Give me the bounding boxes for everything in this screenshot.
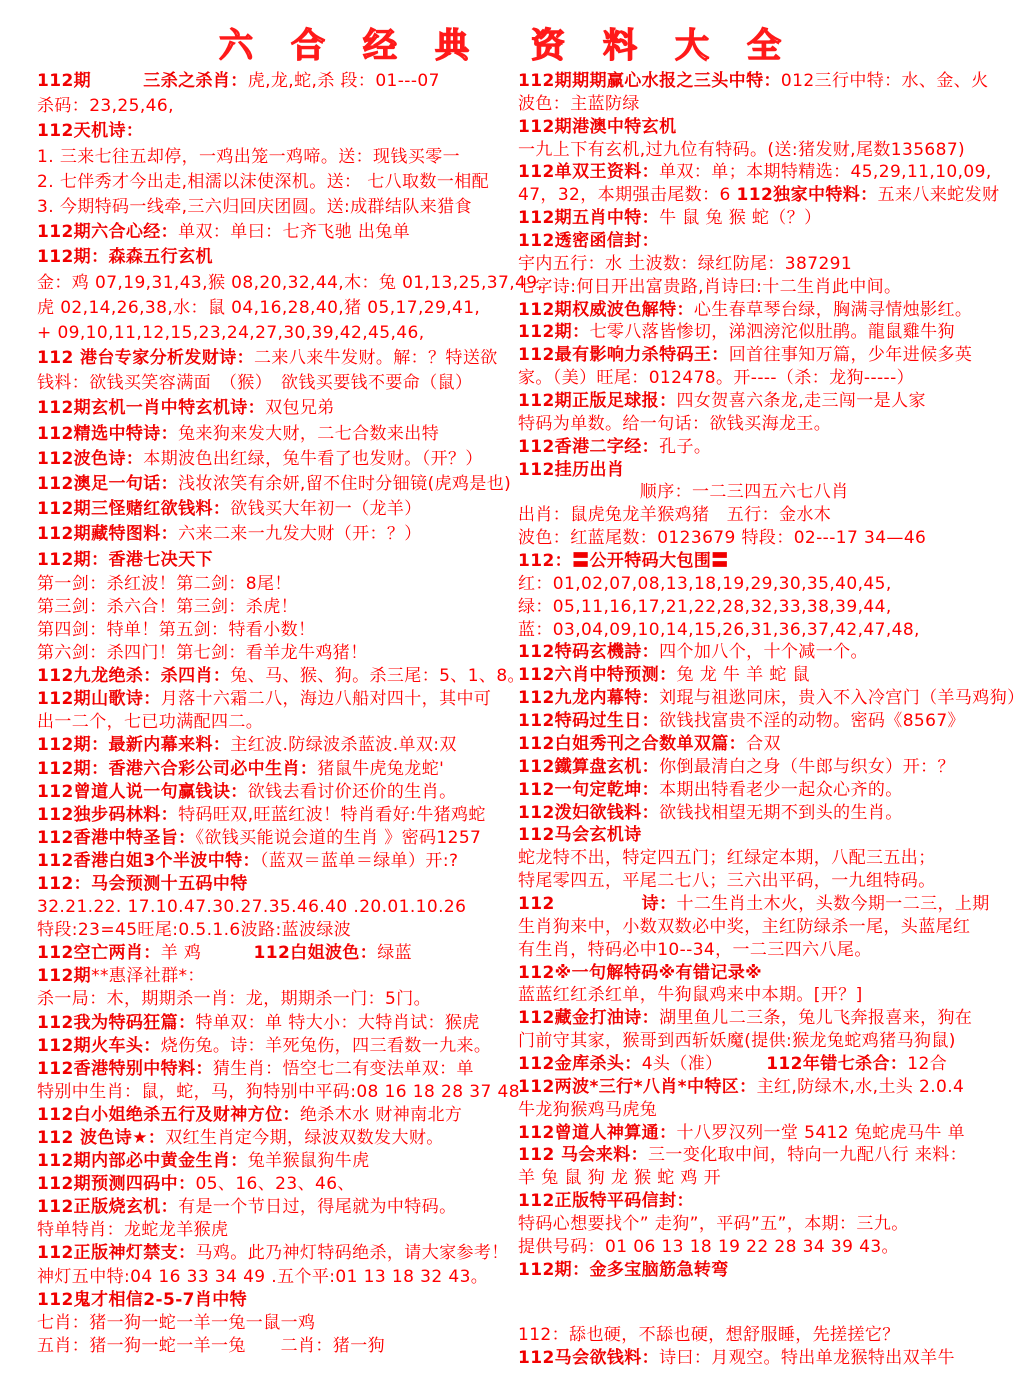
text-line: 112期 三杀之杀肖：虎,龙,蛇,杀 段：01---07 [37, 69, 513, 94]
item-text: 欲钱买大年初一（龙羊） [230, 499, 421, 519]
item-text: 金：鸡 07,19,31,43,猴 08,20,32,44,木：兔 01,13,… [37, 273, 543, 293]
item-heading: 112期火车头： [37, 1036, 161, 1056]
item-text: 家。（美）旺尾：012478。开----（杀：龙狗-----） [518, 368, 914, 388]
text-line: 112天机诗： [37, 119, 513, 144]
text-line: 波色：红蓝尾数：0123679 特段：02---17 34—46 [518, 527, 1013, 550]
text-line: 2. 七伴秀才今出走,相濡以沫使深机。送： 七八取数一相配 [37, 170, 513, 195]
item-heading: 112香港白姐3个半波中特： [37, 851, 260, 871]
item-heading: 112透密函信封： [518, 231, 659, 251]
text-line: 112波色诗：本期波色出红绿，兔牛看了也发财。（开？） [37, 447, 513, 472]
item-heading: 112单双王资料： [518, 162, 659, 182]
text-line: 112期：最新内幕来料：主红波.防绿波杀蓝波.单双:双 [37, 734, 513, 757]
item-heading: 112 马会来料： [518, 1145, 648, 1165]
item-text: 马鸡。此乃神灯特码绝杀，请大家参考！ [196, 1243, 509, 1263]
item-text: 杀码：23,25,46, [37, 96, 174, 116]
item-text: 012三行中特：水、金、火 [781, 71, 989, 91]
text-line: 112金库杀头：4头（准） 112年错七杀合：12合 [518, 1053, 1013, 1076]
text-line: 112期：香港七决天下 [37, 548, 513, 573]
text-line: 杀码：23,25,46, [37, 94, 513, 119]
item-heading: 112正版神灯禁支： [37, 1243, 196, 1263]
text-line: 112澳足一句话：浅妆浓笑有余妍,留不住时分钿镜(虎鸡是也) [37, 472, 513, 497]
text-line: 112期正版足球报：四女贺喜六条龙,走三闯一是人家 [518, 390, 1013, 413]
text-line: 112期：金多宝脑筋急转弯 [518, 1259, 1013, 1282]
item-text: 顺序：一二三四五六七八肖 [518, 482, 849, 502]
item-heading: 112两波*三行*八肖*中特区： [518, 1077, 757, 1097]
text-line: 112期港澳中特玄机 [518, 116, 1013, 139]
item-heading: 112期藏特图料： [37, 524, 178, 544]
item-text: 单双：单曰：七齐飞驰 出兔单 [178, 222, 410, 242]
text-line: 生肖狗来中，小数双数必中奖，主红防绿杀一尾，头蓝尾红 [518, 916, 1013, 939]
item-heading: 112 波色诗★： [37, 1128, 165, 1148]
item-heading: 112期港澳中特玄机 [518, 117, 677, 137]
item-heading: 112空亡两肖： [37, 943, 161, 963]
item-text: 有生肖，特码必中10--34，一二三四六八尾。 [518, 940, 872, 960]
item-text: 特码旺双,旺蓝红波！特肖看好:牛猪鸡蛇 [178, 805, 486, 825]
item-text: 六来二来一九发大财（开：？） [178, 524, 422, 544]
item-heading: 112期内部必中黄金生肖： [37, 1151, 248, 1171]
item-heading: 112香港特别中特料： [37, 1059, 213, 1079]
text-line: 112期：七零八落皆惨切，涕泗滂沱似肚鹃。龍鼠雞牛狗 [518, 321, 1013, 344]
item-heading: 112 诗： [518, 894, 677, 914]
text-line: 112鐵算盘玄机：你倒最清白之身（牛郎与织女）开：？ [518, 756, 1013, 779]
item-heading: 112六肖中特预测： [518, 665, 677, 685]
text-line: 112期玄机一肖中特玄机诗：双包兄弟 [37, 396, 513, 421]
item-text: 神灯五中特:04 16 33 34 49 .五个平:01 13 18 32 43… [37, 1267, 488, 1287]
item-text: 特别中生肖：鼠，蛇，马，狗特别中平码:08 16 18 28 37 48 [37, 1082, 520, 1102]
text-line: 蛇龙特不出，特定四五门；红绿定本期，八配三五出； [518, 847, 1013, 870]
item-heading: 112一句定乾坤： [518, 780, 659, 800]
item-text: 五肖：猪一狗一蛇一羊一兔 二肖：猪一狗 [37, 1336, 385, 1356]
text-line: 特别中生肖：鼠，蛇，马，狗特别中平码:08 16 18 28 37 48 [37, 1081, 513, 1104]
item-text: 兔来狗来发大财，二七合数来出特 [178, 424, 439, 444]
text-line: 出肖：鼠虎兔龙羊猴鸡猪 五行：金水木 [518, 504, 1013, 527]
text-line: 112马会玄机诗 [518, 824, 1013, 847]
text-line: 112一句定乾坤：本期出特看老少一起众心齐的。 [518, 779, 1013, 802]
text-line: 112期期期赢心水报之三头中特：012三行中特：水、金、火 [518, 70, 1013, 93]
text-line: 112香港白姐3个半波中特：（蓝双＝蓝单＝绿单）开:? [37, 850, 513, 873]
text-line: 3. 今期特码一线牵,三六归回庆团圆。送:成群结队来猎食 [37, 195, 513, 220]
text-line: 112正版神灯禁支：马鸡。此乃神灯特码绝杀，请大家参考！ [37, 1242, 513, 1265]
text-line: 112最有影响力杀特码王：回首往事知万篇，少年进候多英 [518, 344, 1013, 367]
text-line: 特单特肖：龙蛇龙羊猴虎 [37, 1219, 513, 1242]
item-text: 提供号码：01 06 13 18 19 22 28 34 39 43。 [518, 1237, 899, 1257]
item-text: 蛇龙特不出，特定四五门；红绿定本期，八配三五出； [518, 848, 936, 868]
item-text: 112：舔也硬，不舔也硬，想舒服睡，先搓搓它？ [518, 1325, 900, 1345]
item-text: 特段:23=45旺尾:0.5.1.6波路:蓝波绿波 [37, 920, 351, 940]
item-text: 单双：单；本期特精选：45,29,11,10,09, [659, 162, 992, 182]
item-heading: 112白姐秀刊之合数单双篇： [518, 734, 746, 754]
text-line: 五肖：猪一狗一蛇一羊一兔 二肖：猪一狗 [37, 1335, 513, 1358]
text-line: 第三剑：杀六合！第三剑：杀虎！ [37, 596, 513, 619]
item-text: 三一变化取中间，特向一九配八行 来料： [648, 1145, 967, 1165]
text-line: 112马会欲钱料：诗曰：月观空。特出单龙猴特出双羊牛 [518, 1347, 1013, 1371]
text-line: 绿：05,11,16,17,21,22,28,32,33,38,39,44, [518, 596, 1013, 619]
item-text: 本期出特看老少一起众心齐的。 [659, 780, 903, 800]
item-heading: 112期预测四码中： [37, 1174, 196, 1194]
item-heading: 112九龙绝杀：杀四肖： [37, 666, 230, 686]
item-heading: 112藏金打油诗： [518, 1008, 659, 1028]
item-text: 第四剑：特单！第五剑：特看小数！ [37, 620, 315, 640]
item-text: 欲钱找相望无期不到头的生肖。 [659, 803, 903, 823]
item-text: 欲钱找富贵不淫的动物。密码《8567》 [659, 711, 965, 731]
item-text: + 09,10,11,12,15,23,24,27,30,39,42,45,46… [37, 323, 425, 343]
item-text: 蓝：03,04,09,10,14,15,26,31,36,37,42,47,48… [518, 620, 920, 640]
text-line: 112期内部必中黄金生肖：兔羊猴鼠狗牛虎 [37, 1150, 513, 1173]
item-heading: 112香港二字经： [518, 437, 659, 457]
item-heading: 112期五肖中特： [518, 208, 659, 228]
item-heading: 112期权威波色解特： [518, 300, 694, 320]
text-line: 112藏金打油诗：湖里鱼儿二三条，兔儿飞奔报喜来，狗在 [518, 1007, 1013, 1030]
item-heading: 112正版烧玄机： [37, 1197, 178, 1217]
item-text: 4头（准） [642, 1054, 767, 1074]
item-text: 牛 鼠 兔 猴 蛇（？） [659, 208, 821, 228]
title-part-2: 资料大全 [531, 26, 819, 66]
item-text: 主红波.防绿波杀蓝波.单双:双 [230, 735, 457, 755]
text-line: 家。（美）旺尾：012478。开----（杀：龙狗-----） [518, 367, 1013, 390]
item-text: 你倒最清白之身（牛郎与织女）开：？ [659, 757, 955, 777]
text-line: 112期六合心经：单双：单曰：七齐飞驰 出兔单 [37, 220, 513, 245]
right-column: 112期期期赢心水报之三头中特：012三行中特：水、金、火波色：主蓝防绿112期… [518, 70, 1013, 1371]
text-line: 112香港中特圣旨：《欲钱买能说会道的生肖 》密码1257 [37, 827, 513, 850]
text-line: 112挂历出肖 [518, 459, 1013, 482]
item-heading: 112年错七杀合： [766, 1054, 907, 1074]
text-line: 32.21.22. 17.10.47.30.27.35.46.40 .20.01… [37, 896, 513, 919]
text-line: 七肖：猪一狗一蛇一羊一兔一鼠一鸡 [37, 1312, 513, 1335]
text-line: 钱料：欲钱买笑容满面 （猴） 欲钱买要钱不要命（鼠） [37, 371, 513, 396]
item-heading: 112九龙内幕特： [518, 688, 659, 708]
text-line: 神灯五中特:04 16 33 34 49 .五个平:01 13 18 32 43… [37, 1266, 513, 1289]
text-line: 112期预测四码中：05、16、23、46、 [37, 1173, 513, 1196]
item-text: 兔、马、猴、狗。杀三尾：5、1、8。 [230, 666, 525, 686]
item-heading: 112马会欲钱料： [518, 1348, 659, 1368]
item-heading: 112最有影响力杀特码王： [518, 345, 729, 365]
item-text: 有是一个节日过，得尾就为中特码。 [178, 1197, 456, 1217]
item-text: 月落十六霜二八，海边八船对四十，其中可 [161, 689, 492, 709]
item-text: 猪鼠牛虎兔龙蛇' [317, 759, 444, 779]
text-line: 杀一局：木，期期杀一肖：龙，期期杀一门：5门。 [37, 988, 513, 1011]
text-line: 虎 02,14,26,38,水：鼠 04,16,28,40,猪 05,17,29… [37, 296, 513, 321]
text-line: 第四剑：特单！第五剑：特看小数！ [37, 619, 513, 642]
item-text: 32.21.22. 17.10.47.30.27.35.46.40 .20.01… [37, 897, 466, 917]
item-heading: 112期 [37, 71, 143, 91]
text-line: 特码心想要找个” 走狗”，平码”五”，本期：三九。 [518, 1213, 1013, 1236]
text-line: 宇内五行：水 土波数：绿红防尾：387291 [518, 253, 1013, 276]
item-heading: 112鐵算盘玄机： [518, 757, 659, 777]
item-text: 烧伤兔。诗：羊死兔伤，四三看数一九来。 [161, 1036, 492, 1056]
title-part-1: 六合经典 [219, 26, 507, 66]
text-line: 112两波*三行*八肖*中特区：主红,防绿木,水,土头 2.0.4 [518, 1076, 1013, 1099]
item-heading: 112：〓公开特码大包围〓 [518, 551, 729, 571]
item-text: 波色：主蓝防绿 [518, 94, 640, 114]
item-text: 出肖：鼠虎兔龙羊猴鸡猪 五行：金水木 [518, 505, 831, 525]
text-line: 112期**惠泽社群*： [37, 965, 513, 988]
item-text: 特单双：单 特大小：大特肖试：猴虎 [196, 1013, 480, 1033]
item-heading: 112马会玄机诗 [518, 825, 642, 845]
item-text: 诗曰：月观空。特出单龙猴特出双羊牛 [659, 1348, 955, 1368]
text-line: 112期藏特图料：六来二来一九发大财（开：？） [37, 522, 513, 547]
text-line: 112我为特码狂篇：特单双：单 特大小：大特肖试：猴虎 [37, 1012, 513, 1035]
item-text: 3. 今期特码一线牵,三六归回庆团圆。送:成群结队来猎食 [37, 197, 472, 217]
item-text: 七字诗:何日开出富贵路,肖诗曰:十二生肖此中间。 [518, 277, 901, 297]
item-heading: 112正版特平码信封： [518, 1191, 694, 1211]
item-text: 蓝蓝红红杀红单，牛狗鼠鸡来中本期。[开？] [518, 985, 863, 1005]
item-text: 虎 02,14,26,38,水：鼠 04,16,28,40,猪 05,17,29… [37, 298, 480, 318]
text-line: 顺序：一二三四五六七八肖 [518, 481, 1013, 504]
item-heading: 112：马会预测十五码中特 [37, 874, 248, 894]
text-line: 112白小姐绝杀五行及财神方位：绝杀木水 财神南北方 [37, 1104, 513, 1127]
item-text: 2. 七伴秀才今出走,相濡以沫使深机。送： 七八取数一相配 [37, 172, 489, 192]
text-line: 112特码玄機詩：四个加八个，十个减一个。 [518, 641, 1013, 664]
item-heading: 112期玄机一肖中特玄机诗： [37, 398, 265, 418]
item-heading: 112期：香港七决天下 [37, 550, 213, 570]
text-line: 112香港特别中特料：猜生肖：悟空七二有变法单双：单 [37, 1058, 513, 1081]
text-line: 112曾道人神算通：十八罗汉列一堂 5412 兔蛇虎马牛 单 [518, 1122, 1013, 1145]
item-heading: 112期： [518, 322, 590, 342]
item-heading: 112※一句解特码※有错记录※ [518, 963, 762, 983]
text-line: 112曾道人说一句赢钱诀：欲钱去看讨价还价的生肖。 [37, 781, 513, 804]
item-text: 门前守其家，猴哥到西斩妖魔(提供:猴龙兔蛇鸡猪马狗鼠) [518, 1031, 956, 1051]
right-column-section: 112：舔也硬，不舔也硬，想舒服睡，先搓搓它？112马会欲钱料：诗曰：月观空。特… [518, 1324, 1013, 1371]
item-heading: 112金库杀头： [518, 1054, 642, 1074]
text-line: 出一二个，七已功满配四二。 [37, 711, 513, 734]
item-heading: 112香港中特圣旨： [37, 828, 196, 848]
left-column: 112期 三杀之杀肖：虎,龙,蛇,杀 段：01---07杀码：23,25,46,… [37, 69, 513, 1358]
item-text: 合双 [746, 734, 781, 754]
left-column-section: 112期 三杀之杀肖：虎,龙,蛇,杀 段：01---07杀码：23,25,46,… [37, 69, 513, 573]
item-heading: 112期：金多宝脑筋急转弯 [518, 1260, 729, 1280]
text-line: 112九龙内幕特：刘琨与祖逖同床，贵入不入冷宫门（羊马鸡狗） [518, 687, 1013, 710]
text-line: 牛龙狗猴鸡马虎兔 [518, 1099, 1013, 1122]
text-line: 112期权威波色解特：心生春草琴台绿，胸满寻情烛影红。 [518, 299, 1013, 322]
item-text: 特码为单数。给一句话：欲钱买海龙王。 [518, 414, 831, 434]
item-heading: 112波色诗： [37, 449, 143, 469]
right-column-section: 112期期期赢心水报之三头中特：012三行中特：水、金、火波色：主蓝防绿112期… [518, 70, 1013, 1282]
item-text: 红：01,02,07,08,13,18,19,29,30,35,40,45, [518, 574, 892, 594]
item-heading: 112挂历出肖 [518, 460, 624, 480]
text-line: 112期五肖中特：牛 鼠 兔 猴 蛇（？） [518, 207, 1013, 230]
item-text: 杀一局：木，期期杀一肖：龙，期期杀一门：5门。 [37, 989, 431, 1009]
text-line: 波色：主蓝防绿 [518, 93, 1013, 116]
text-line: 112六肖中特预测：兔 龙 牛 羊 蛇 鼠 [518, 664, 1013, 687]
text-line: 蓝：03,04,09,10,14,15,26,31,36,37,42,47,48… [518, 619, 1013, 642]
item-heading: 112期六合心经： [37, 222, 178, 242]
item-heading: 112特码过生日： [518, 711, 659, 731]
item-heading: 112精选中特诗： [37, 424, 178, 444]
item-heading: 112澳足一句话： [37, 474, 178, 494]
text-line: 112※一句解特码※有错记录※ [518, 962, 1013, 985]
item-text: 第三剑：杀六合！第三剑：杀虎！ [37, 597, 298, 617]
text-line: 112期三怪赌红欲钱料：欲钱买大年初一（龙羊） [37, 497, 513, 522]
item-text: 双包兄弟 [265, 398, 335, 418]
text-line: 112九龙绝杀：杀四肖：兔、马、猴、狗。杀三尾：5、1、8。 [37, 665, 513, 688]
text-line: 特尾零四五，平尾二七八；三六出平码，一九组特码。 [518, 870, 1013, 893]
item-text: 12合 [907, 1054, 947, 1074]
text-line: 112 波色诗★：双红生肖定今期，绿波双数发大财。 [37, 1127, 513, 1150]
text-line: 1. 三来七往五却停，一鸡出笼一鸡啼。送：现钱买零一 [37, 145, 513, 170]
text-line: 112正版特平码信封： [518, 1190, 1013, 1213]
text-line: 112 马会来料：三一变化取中间，特向一九配八行 来料： [518, 1144, 1013, 1167]
item-heading: 112特码玄機詩： [518, 642, 659, 662]
text-line: 112 港台专家分析发财诗：二来八来牛发财。解：？特送欲 [37, 346, 513, 371]
item-heading: 112泼妇欲钱料： [518, 803, 659, 823]
item-text: 钱料：欲钱买笑容满面 （猴） 欲钱买要钱不要命（鼠） [37, 373, 472, 393]
item-heading: 112 港台专家分析发财诗： [37, 348, 254, 368]
item-heading: 三杀之杀肖： [143, 71, 247, 91]
text-line: 112：舔也硬，不舔也硬，想舒服睡，先搓搓它？ [518, 1324, 1013, 1348]
text-line: 金：鸡 07,19,31,43,猴 08,20,32,44,木：兔 01,13,… [37, 271, 513, 296]
text-line: 红：01,02,07,08,13,18,19,29,30,35,40,45, [518, 573, 1013, 596]
text-line: 112香港二字经：孔子。 [518, 436, 1013, 459]
text-line: 112独步码林料：特码旺双,旺蓝红波！特肖看好:牛猪鸡蛇 [37, 804, 513, 827]
item-text: 孔子。 [659, 437, 711, 457]
item-text: 第六剑：杀四门！第七剑：看羊龙牛鸡猪！ [37, 643, 368, 663]
text-line: 112泼妇欲钱料：欲钱找相望无期不到头的生肖。 [518, 802, 1013, 825]
text-line: 门前守其家，猴哥到西斩妖魔(提供:猴龙兔蛇鸡猪马狗鼠) [518, 1030, 1013, 1053]
item-text: 羊 鸡 [161, 943, 254, 963]
item-text: 宇内五行：水 土波数：绿红防尾：387291 [518, 254, 852, 274]
item-text: 绿：05,11,16,17,21,22,28,32,33,38,39,44, [518, 597, 892, 617]
text-line: 羊 兔 鼠 狗 龙 猴 蛇 鸡 开 [518, 1167, 1013, 1190]
item-heading: 112白姐波色： [254, 943, 378, 963]
text-line: 112：马会预测十五码中特 [37, 873, 513, 896]
text-line: 七字诗:何日开出富贵路,肖诗曰:十二生肖此中间。 [518, 276, 1013, 299]
item-text: 湖里鱼儿二三条，兔儿飞奔报喜来，狗在 [659, 1008, 972, 1028]
item-text: 生肖狗来中，小数双数必中奖，主红防绿杀一尾，头蓝尾红 [518, 917, 970, 937]
item-heading: 112曾道人神算通： [518, 1123, 677, 1143]
text-line: 第一剑：杀红波！第二剑：8尾！ [37, 573, 513, 596]
text-line: 有生肖，特码必中10--34，一二三四六八尾。 [518, 939, 1013, 962]
item-text: 心生春草琴台绿，胸满寻情烛影红。 [694, 300, 972, 320]
item-text: 特单特肖：龙蛇龙羊猴虎 [37, 1220, 228, 1240]
item-text: 兔羊猴鼠狗牛虎 [248, 1151, 370, 1171]
text-line: 第六剑：杀四门！第七剑：看羊龙牛鸡猪！ [37, 642, 513, 665]
page-title: 六合经典 资料大全 [0, 26, 1020, 70]
item-text: 十二生肖土木火，头数今期一二三，上期 [677, 894, 990, 914]
item-text: 一九上下有玄机,过九位有特码。(送:猪发财,尾数135687) [518, 140, 965, 160]
text-line: 提供号码：01 06 13 18 19 22 28 34 39 43。 [518, 1236, 1013, 1259]
item-heading: 112期：最新内幕来料： [37, 735, 230, 755]
item-text: （蓝双＝蓝单＝绿单）开:? [260, 851, 458, 871]
item-text: 特尾零四五，平尾二七八；三六出平码，一九组特码。 [518, 871, 936, 891]
text-line: 112鬼才相信2-5-7肖中特 [37, 1289, 513, 1312]
text-line: 蓝蓝红红杀红单，牛狗鼠鸡来中本期。[开？] [518, 984, 1013, 1007]
item-text: **惠泽社群*： [91, 966, 205, 986]
item-text: 二来八来牛发财。解：？特送欲 [254, 348, 498, 368]
item-text: 回首往事知万篇，少年进候多英 [729, 345, 973, 365]
item-text: 05、16、23、46、 [196, 1174, 355, 1194]
text-line: 47，32，本期强击尾数：6 112独家中特料：五来八来蛇发财 [518, 184, 1013, 207]
item-heading: 112期正版足球报： [518, 391, 677, 411]
left-column-section: 第一剑：杀红波！第二剑：8尾！第三剑：杀六合！第三剑：杀虎！第四剑：特单！第五剑… [37, 573, 513, 1358]
item-text: 羊 兔 鼠 狗 龙 猴 蛇 鸡 开 [518, 1168, 721, 1188]
text-line: 112 诗：十二生肖土木火，头数今期一二三，上期 [518, 893, 1013, 916]
item-heading: 112期：香港六合彩公司必中生肖： [37, 759, 317, 779]
item-text: 七肖：猪一狗一蛇一羊一兔一鼠一鸡 [37, 1313, 315, 1333]
text-line: 112期：香港六合彩公司必中生肖：猪鼠牛虎兔龙蛇' [37, 758, 513, 781]
item-text: 欲钱去看讨价还价的生肖。 [248, 782, 457, 802]
item-text: 浅妆浓笑有余妍,留不住时分钿镜(虎鸡是也) [178, 474, 511, 494]
item-text: 出一二个，七已功满配四二。 [37, 712, 263, 732]
item-heading: 112鬼才相信2-5-7肖中特 [37, 1290, 247, 1310]
item-heading: 112曾道人说一句赢钱诀： [37, 782, 248, 802]
item-text: 虎,龙,蛇,杀 段：01---07 [248, 71, 440, 91]
text-line: 112透密函信封： [518, 230, 1013, 253]
text-line: 112白姐秀刊之合数单双篇：合双 [518, 733, 1013, 756]
item-text: 七零八落皆惨切，涕泗滂沱似肚鹃。龍鼠雞牛狗 [590, 322, 955, 342]
item-text: 绝杀木水 财神南北方 [300, 1105, 462, 1125]
item-text: 47，32，本期强击尾数：6 [518, 185, 736, 205]
text-line: 112期火车头：烧伤兔。诗：羊死兔伤，四三看数一九来。 [37, 1035, 513, 1058]
text-line: 一九上下有玄机,过九位有特码。(送:猪发财,尾数135687) [518, 139, 1013, 162]
item-text: 四女贺喜六条龙,走三闯一是人家 [677, 391, 926, 411]
item-text: 《欲钱买能说会道的生肖 》密码1257 [196, 828, 482, 848]
item-heading: 112独步码林料： [37, 805, 178, 825]
item-text: 十八罗汉列一堂 5412 兔蛇虎马牛 单 [677, 1123, 965, 1143]
item-heading: 112期：森森五行玄机 [37, 247, 213, 267]
item-text: 四个加八个，十个减一个。 [659, 642, 868, 662]
item-heading: 112白小姐绝杀五行及财神方位： [37, 1105, 300, 1125]
text-line: 112期：森森五行玄机 [37, 245, 513, 270]
item-heading: 112期山歌诗： [37, 689, 161, 709]
item-text: 猜生肖：悟空七二有变法单双：单 [213, 1059, 474, 1079]
text-line: + 09,10,11,12,15,23,24,27,30,39,42,45,46… [37, 321, 513, 346]
item-text: 兔 龙 牛 羊 蛇 鼠 [677, 665, 810, 685]
item-heading: 112天机诗： [37, 121, 143, 141]
item-text: 五来八来蛇发财 [878, 185, 1000, 205]
text-line: 特段:23=45旺尾:0.5.1.6波路:蓝波绿波 [37, 919, 513, 942]
item-heading: 112期期期赢心水报之三头中特： [518, 71, 781, 91]
item-text: 绿蓝 [377, 943, 412, 963]
item-heading: 112期 [37, 966, 91, 986]
text-line: 特码为单数。给一句话：欲钱买海龙王。 [518, 413, 1013, 436]
item-text: 刘琨与祖逖同床，贵入不入冷宫门（羊马鸡狗） [659, 688, 1020, 708]
item-text: 特码心想要找个” 走狗”，平码”五”，本期：三九。 [518, 1214, 909, 1234]
item-text: 1. 三来七往五却停，一鸡出笼一鸡啼。送：现钱买零一 [37, 147, 460, 167]
item-text: 双红生肖定今期，绿波双数发大财。 [165, 1128, 443, 1148]
text-line: 112单双王资料：单双：单；本期特精选：45,29,11,10,09, [518, 161, 1013, 184]
text-line: 112特码过生日：欲钱找富贵不淫的动物。密码《8567》 [518, 710, 1013, 733]
item-text: 波色：红蓝尾数：0123679 特段：02---17 34—46 [518, 528, 926, 548]
item-text: 牛龙狗猴鸡马虎兔 [518, 1100, 657, 1120]
item-heading: 112期三怪赌红欲钱料： [37, 499, 230, 519]
text-line: 112：〓公开特码大包围〓 [518, 550, 1013, 573]
item-text: 主红,防绿木,水,土头 2.0.4 [757, 1077, 965, 1097]
item-heading: 112我为特码狂篇： [37, 1013, 196, 1033]
item-heading: 112独家中特料： [736, 185, 877, 205]
text-line: 112期山歌诗：月落十六霜二八，海边八船对四十，其中可 [37, 688, 513, 711]
text-line: 112正版烧玄机：有是一个节日过，得尾就为中特码。 [37, 1196, 513, 1219]
text-line: 112空亡两肖：羊 鸡 112白姐波色：绿蓝 [37, 942, 513, 965]
item-text: 第一剑：杀红波！第二剑：8尾！ [37, 574, 292, 594]
item-text: 本期波色出红绿，兔牛看了也发财。（开？） [143, 449, 483, 469]
text-line: 112精选中特诗：兔来狗来发大财，二七合数来出特 [37, 422, 513, 447]
